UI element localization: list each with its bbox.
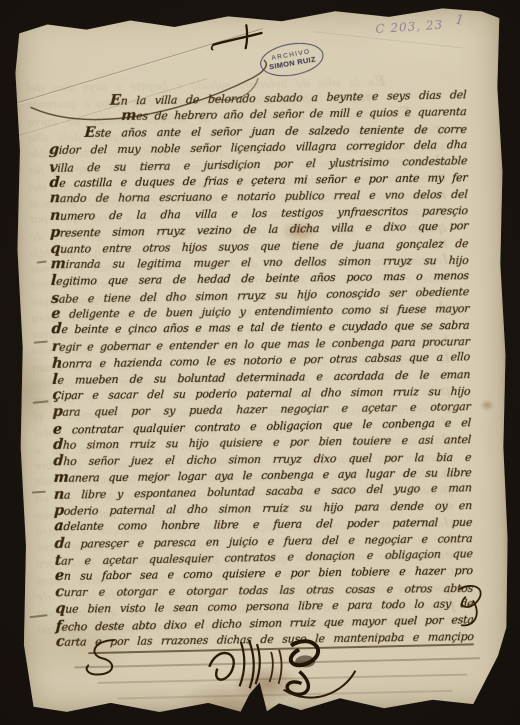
manuscript-page: En la villa de belorado sabado a beynte … [13,3,511,716]
manuscript-text-block: En la villa de belorado sabado a beynte … [48,87,474,650]
photograph-background: En la villa de belorado sabado a beynte … [0,0,520,725]
paraph-loop-rubric [451,581,504,630]
folio-number: 1 [454,13,464,29]
reference-number: C 203, 23 [375,18,444,36]
notary-signature-rubric [187,631,360,711]
s-flourish-rubric [80,636,129,681]
